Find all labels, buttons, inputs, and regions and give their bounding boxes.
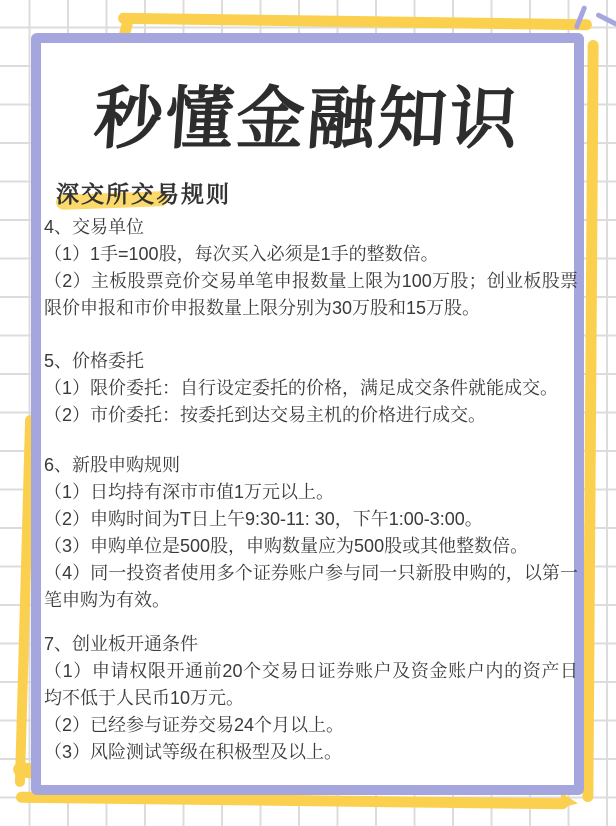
subtitle-block: 深交所交易规则 <box>56 176 231 209</box>
section-item: （1）1手=100股，每次买入必须是1手的整数倍。 <box>44 241 578 268</box>
section-item: （2）市价委托：按委托到达交易主机的价格进行成交。 <box>44 402 578 429</box>
section-item: （4）同一投资者使用多个证券账户参与同一只新股申购的，以第一笔申购为有效。 <box>44 560 578 614</box>
section-heading: 7、创业板开通条件 <box>44 631 578 658</box>
yellow-frame-top <box>118 13 592 31</box>
section-heading: 5、价格委托 <box>44 348 578 375</box>
section-item: （2）申购时间为T日上午9:30-11: 30，下午1:00-3:00。 <box>44 506 578 533</box>
poster-title: 秒懂金融知识 <box>38 82 576 157</box>
sparkle-stroke-2 <box>595 12 616 27</box>
section-trading-unit: 4、交易单位 （1）1手=100股，每次买入必须是1手的整数倍。 （2）主板股票… <box>44 214 578 322</box>
section-heading: 6、新股申购规则 <box>44 452 578 479</box>
poster-canvas: 秒懂金融知识 深交所交易规则 4、交易单位 （1）1手=100股，每次买入必须是… <box>0 0 616 826</box>
section-item: （3）申购单位是500股，申购数量应为500股或其他整数倍。 <box>44 533 578 560</box>
section-item: （1）限价委托：自行设定委托的价格，满足成交条件就能成交。 <box>44 375 578 402</box>
yellow-frame-right <box>582 40 598 802</box>
section-item: （1）日均持有深市市值1万元以上。 <box>44 479 578 506</box>
section-item: （2）主板股票竞价交易单笔申报数量上限为100万股；创业板股票限价申报和市价申报… <box>44 268 578 322</box>
section-ipo-subscription: 6、新股申购规则 （1）日均持有深市市值1万元以上。 （2）申购时间为T日上午9… <box>44 452 578 614</box>
section-item: （3）风险测试等级在积极型及以上。 <box>44 739 578 766</box>
poster-subtitle: 深交所交易规则 <box>56 176 231 209</box>
section-chinext-conditions: 7、创业板开通条件 （1）申请权限开通前20个交易日证券账户及资金账户内的资产日… <box>44 631 578 766</box>
section-heading: 4、交易单位 <box>44 214 578 241</box>
section-item: （1）申请权限开通前20个交易日证券账户及资金账户内的资产日均不低于人民币10万… <box>44 658 578 712</box>
yellow-frame-arrow-tip <box>559 793 579 812</box>
section-price-order: 5、价格委托 （1）限价委托：自行设定委托的价格，满足成交条件就能成交。 （2）… <box>44 348 578 429</box>
section-item: （2）已经参与证券交易24个月以上。 <box>44 712 578 739</box>
